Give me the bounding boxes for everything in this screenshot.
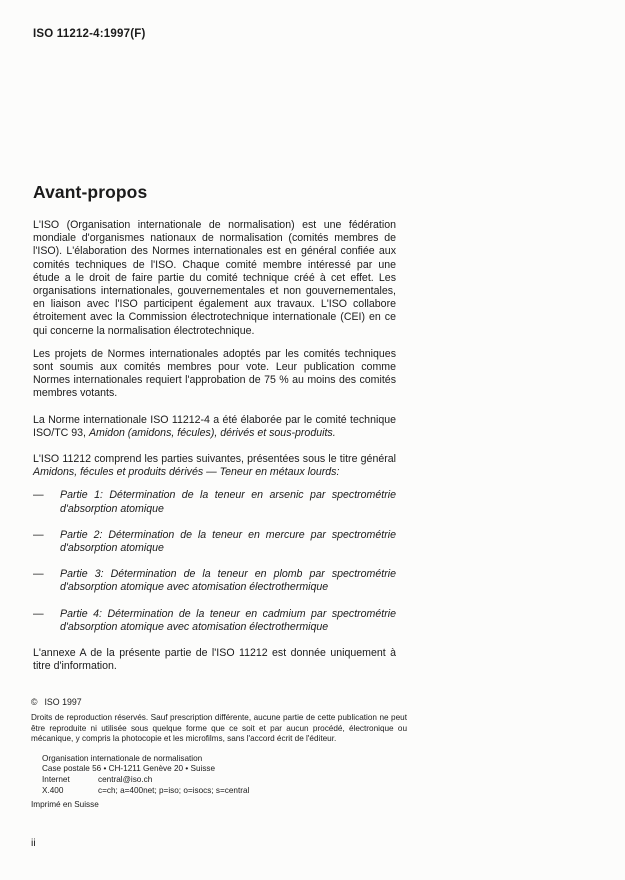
- copyright-line: ©ISO 1997: [31, 697, 407, 707]
- foreword-closing-paragraph: L'annexe A de la présente partie de l'IS…: [33, 647, 396, 673]
- dash-marker: —: [33, 608, 60, 634]
- parts-list: — Partie 1: Détermination de la teneur e…: [33, 489, 396, 634]
- internet-email: central@iso.ch: [98, 775, 152, 786]
- list-item-part-3: — Partie 3: Détermination de la teneur e…: [33, 568, 396, 594]
- foreword-paragraph-4: L'ISO 11212 comprend les parties suivant…: [33, 453, 396, 479]
- dash-marker: —: [33, 489, 60, 515]
- internet-label: Internet: [42, 775, 98, 786]
- list-item-part-2: — Partie 2: Détermination de la teneur e…: [33, 529, 396, 555]
- foreword-title: Avant-propos: [33, 182, 396, 203]
- part-2-text: Partie 2: Détermination de la teneur en …: [60, 529, 396, 555]
- internet-contact-row: Internet central@iso.ch: [42, 775, 407, 786]
- list-item-part-1: — Partie 1: Détermination de la teneur e…: [33, 489, 396, 515]
- printed-in-notice: Imprimé en Suisse: [31, 800, 407, 809]
- paragraph-4-normal-text: L'ISO 11212 comprend les parties suivant…: [33, 453, 396, 465]
- publisher-org-name: Organisation internationale de normalisa…: [42, 754, 407, 765]
- colophon-section: ©ISO 1997 Droits de reproduction réservé…: [31, 697, 407, 809]
- publisher-postal-address: Case postale 56 • CH-1211 Genève 20 • Su…: [42, 764, 407, 775]
- copyright-symbol: ©: [31, 697, 37, 707]
- dash-marker: —: [33, 529, 60, 555]
- page-number: ii: [31, 837, 36, 849]
- list-item-part-4: — Partie 4: Détermination de la teneur e…: [33, 608, 396, 634]
- part-3-text: Partie 3: Détermination de la teneur en …: [60, 568, 396, 594]
- foreword-paragraph-2: Les projets de Normes internationales ad…: [33, 348, 396, 401]
- part-4-text: Partie 4: Détermination de la teneur en …: [60, 608, 396, 634]
- x400-address: c=ch; a=400net; p=iso; o=isocs; s=centra…: [98, 786, 249, 797]
- foreword-paragraph-1: L'ISO (Organisation internationale de no…: [33, 219, 396, 338]
- x400-label: X.400: [42, 786, 98, 797]
- reproduction-rights-notice: Droits de reproduction réservés. Sauf pr…: [31, 713, 407, 745]
- dash-marker: —: [33, 568, 60, 594]
- copyright-text: ISO 1997: [44, 697, 81, 707]
- paragraph-4-italic-title: Amidons, fécules et produits dérivés — T…: [33, 466, 339, 478]
- x400-contact-row: X.400 c=ch; a=400net; p=iso; o=isocs; s=…: [42, 786, 407, 797]
- part-1-text: Partie 1: Détermination de la teneur en …: [60, 489, 396, 515]
- publisher-address-block: Organisation internationale de normalisa…: [42, 754, 407, 796]
- paragraph-3-italic-title: Amidon (amidons, fécules), dérivés et so…: [89, 427, 336, 439]
- foreword-section: Avant-propos L'ISO (Organisation interna…: [33, 182, 396, 683]
- document-page: ISO 11212-4:1997(F) Avant-propos L'ISO (…: [0, 0, 625, 880]
- doc-reference: ISO 11212-4:1997(F): [33, 28, 145, 40]
- foreword-paragraph-3: La Norme internationale ISO 11212-4 a ét…: [33, 414, 396, 440]
